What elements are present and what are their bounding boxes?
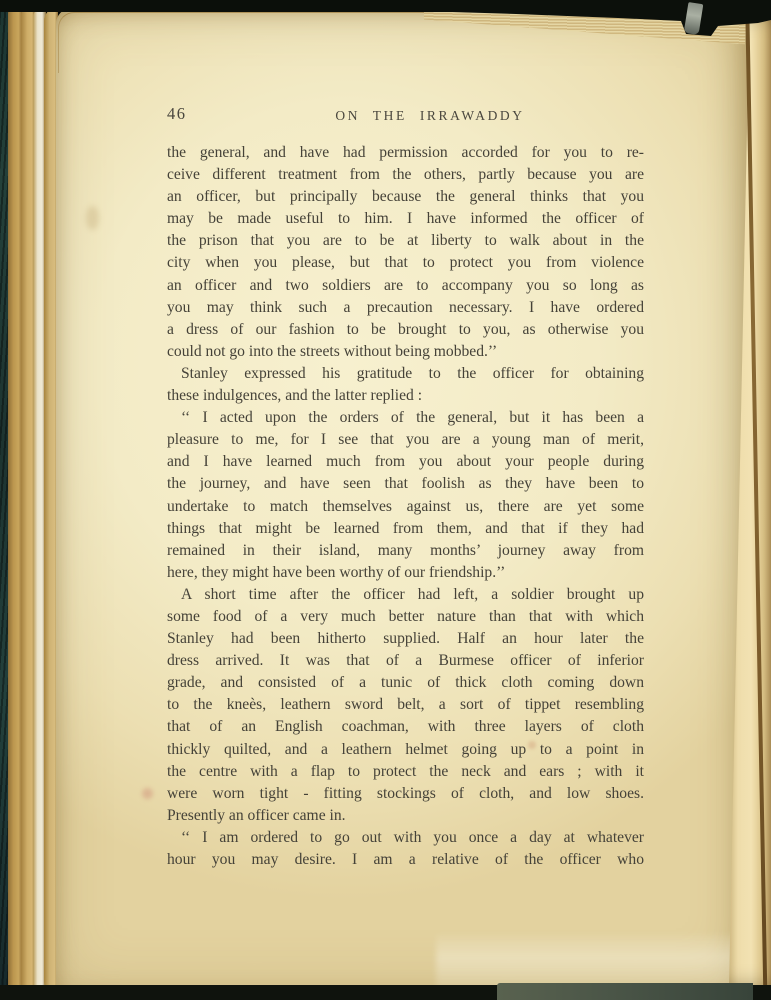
text-line: and I have learned much from you about y… [167,451,644,473]
text-line: were worn tight - fitting stockings of c… [167,783,644,805]
foxing-spot [142,788,153,799]
text-line: thickly quilted, and a leathern helmet g… [167,739,644,761]
text-line: the prison that you are to be at liberty… [167,230,644,252]
text-line: undertake to match themselves against us… [167,496,644,518]
running-title: ON THE IRRAWADDY [335,108,524,124]
book-scan: 46 ON THE IRRAWADDY the general, and hav… [0,0,771,1000]
cover-bottom-edge [497,983,753,1000]
text-line: Presently an officer came in. [167,805,644,827]
text-line: a dress of our fashion to be brought to … [167,319,644,341]
text-line: dress arrived. It was that of a Burmese … [167,650,644,672]
text-line: that of an English coachman, with three … [167,716,644,738]
text-line: an officer, but principally because the … [167,186,644,208]
page-number: 46 [167,104,187,124]
text-line: Stanley had been hitherto supplied. Half… [167,628,644,650]
text-line: Stanley expressed his gratitude to the o… [167,363,644,385]
page-edge-strip [44,7,58,993]
text-line: the general, and have had permission acc… [167,142,644,164]
text-line: city when you please, but that to protec… [167,252,644,274]
text-line: you may think such a precaution necessar… [167,297,644,319]
text-line: ‘‘ I acted upon the orders of the genera… [167,407,644,429]
text-line: an officer and two soldiers are to accom… [167,275,644,297]
text-line: to the kneès, leathern sword belt, a sor… [167,694,644,716]
text-line: could not go into the streets without be… [167,341,644,363]
text-line: A short time after the officer had left,… [167,584,644,606]
text-line: here, they might have been worthy of our… [167,562,644,584]
text-line: the journey, and have seen that foolish … [167,473,644,495]
text-line: some food of a very much better nature t… [167,606,644,628]
text-line: these indulgences, and the latter replie… [167,385,644,407]
foxing-spot [86,206,99,230]
text-block: the general, and have had permission acc… [167,142,644,871]
text-line: hour you may desire. I am a relative of … [167,849,644,871]
text-line: pleasure to me, for I see that you are a… [167,429,644,451]
text-line: the centre with a flap to protect the ne… [167,761,644,783]
text-line: remained in their island, many months’ j… [167,540,644,562]
text-line: may be made useful to him. I have inform… [167,208,644,230]
text-line: ‘‘ I am ordered to go out with you once … [167,827,644,849]
text-line: grade, and consisted of a tunic of thick… [167,672,644,694]
text-line: ceive different treatment from the other… [167,164,644,186]
text-line: things that might be learned from them, … [167,518,644,540]
